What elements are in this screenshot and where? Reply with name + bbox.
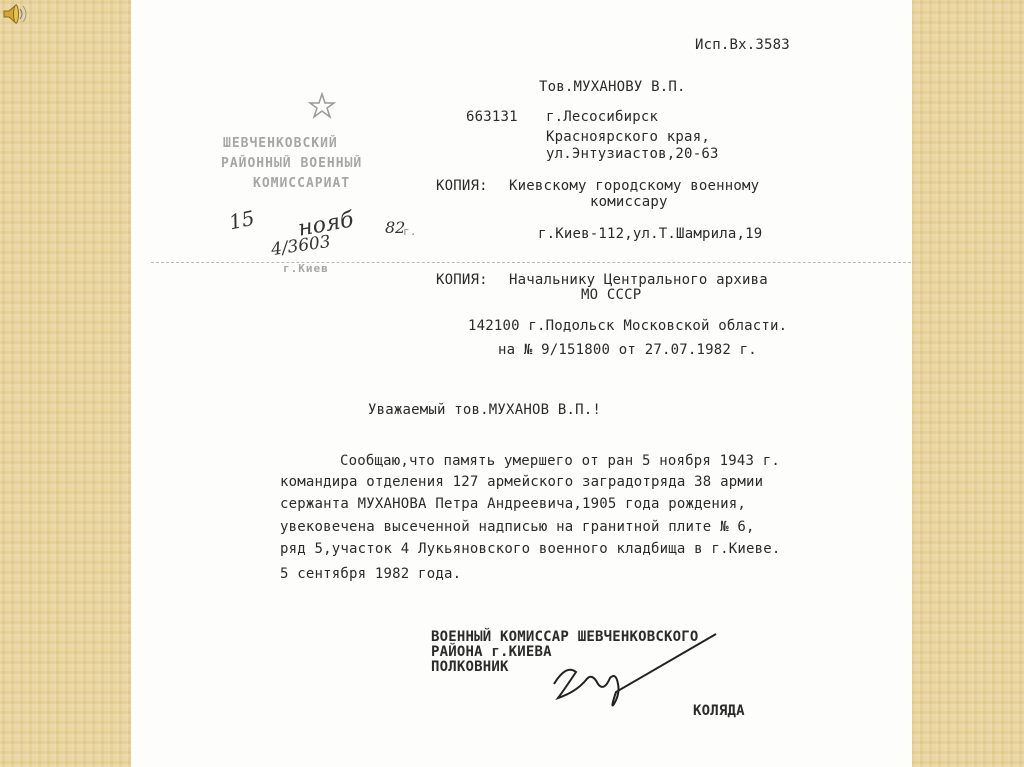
addressee-postcode: 663131 — [466, 109, 518, 125]
copy1-address: г.Киев-112,ул.Т.Шамрила,19 — [538, 226, 762, 242]
addressee-city: г.Лесосибирск — [546, 109, 658, 125]
stamp-line1: ШЕВЧЕНКОВСКИЙ — [223, 136, 338, 151]
copy2-line1: Начальнику Центрального архива — [509, 272, 768, 288]
addressee-region: Красноярского края, — [546, 129, 710, 145]
stamp-hand-number: 4/3603 — [270, 232, 332, 260]
copy1-line1: Киевскому городскому военному — [509, 178, 759, 194]
signature-title-line2: РАЙОНА г.КИЕВА — [431, 645, 552, 659]
body-line: 5 сентября 1982 года. — [280, 566, 461, 582]
scanned-letter: Исп.Вх.3583 Тов.МУХАНОВУ В.П. 663131 г.Л… — [131, 0, 912, 767]
stamp-suffix: г. — [403, 224, 417, 240]
stamp-line3: КОМИССАРИАТ — [253, 176, 350, 191]
copy1-label: КОПИЯ: — [436, 178, 488, 194]
salutation: Уважаемый тов.МУХАНОВ В.П.! — [368, 402, 601, 418]
body-line: сержанта МУХАНОВА Петра Андреевича,1905 … — [280, 496, 746, 512]
addressee-name: Тов.МУХАНОВУ В.П. — [539, 79, 686, 95]
stamp-hand-day: 15 — [227, 206, 257, 235]
fold-line — [151, 262, 911, 263]
stamp-line2: РАЙОННЫЙ ВОЕННЫЙ — [221, 156, 362, 171]
body-line: увековечена высеченной надписью на грани… — [280, 519, 755, 535]
signatory-name: КОЛЯДА — [693, 703, 745, 719]
copy2-label: КОПИЯ: — [436, 272, 488, 288]
signature-title-line3: ПОЛКОВНИК — [431, 660, 509, 674]
body-line: Сообщаю,что память умершего от ран 5 ноя… — [340, 453, 780, 469]
body-line: ряд 5,участок 4 Лукьяновского военного к… — [280, 541, 780, 557]
copy2-reference: на № 9/151800 от 27.07.1982 г. — [498, 342, 757, 358]
copy2-line2: МО СССР — [581, 287, 641, 303]
addressee-street: ул.Энтузиастов,20-63 — [546, 146, 719, 162]
body-line: командира отделения 127 армейского загра… — [280, 474, 763, 490]
star-emblem — [307, 92, 337, 124]
stamp-bottom: г.Киев — [283, 262, 329, 275]
reference-number: Исп.Вх.3583 — [695, 37, 790, 53]
speaker-icon[interactable] — [2, 2, 30, 26]
copy2-address: 142100 г.Подольск Московской области. — [468, 318, 787, 334]
copy1-line2: комиссару — [590, 194, 668, 210]
